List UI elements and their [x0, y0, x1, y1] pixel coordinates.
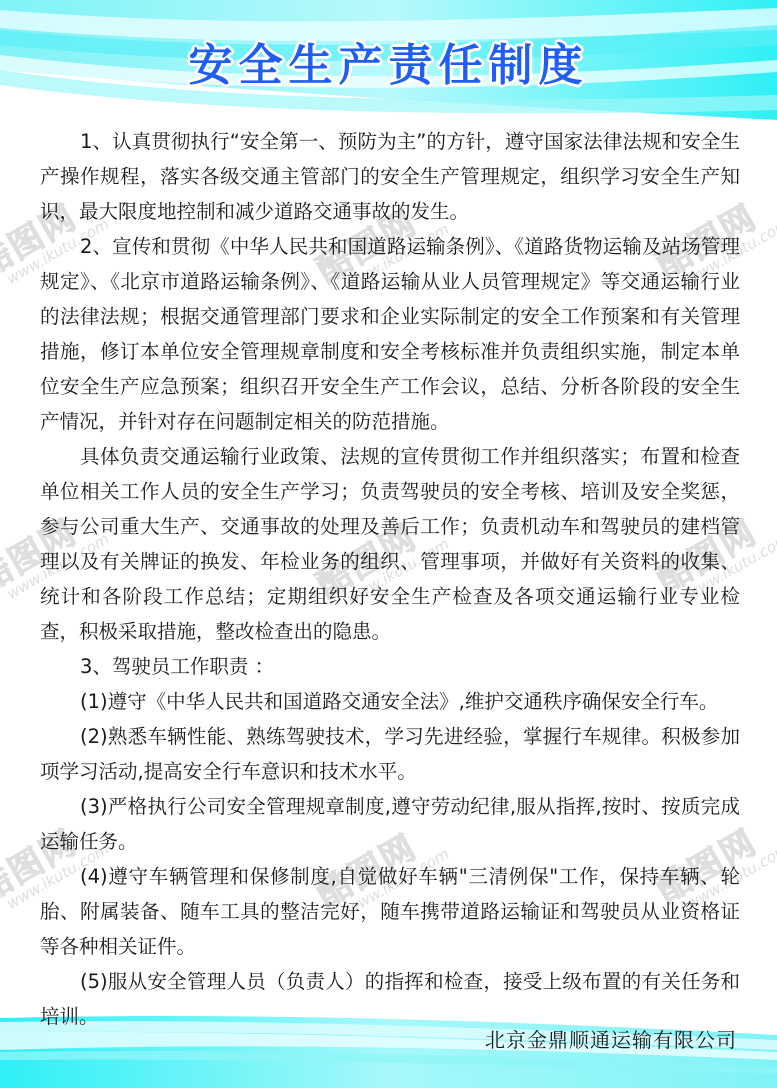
paragraph-2-details: 具体负责交通运输行业政策、法规的宣传贯彻工作并组织落实；布置和检查单位相关工作人… [40, 439, 740, 649]
paragraph-1: 1、认真贯彻执行“安全第一、预防为主”的方针，遵守国家法律法规和安全生产操作规程… [40, 124, 740, 229]
paragraph-3-heading: 3、驾驶员工作职责 ： [40, 649, 740, 684]
document-body: 1、认真贯彻执行“安全第一、预防为主”的方针，遵守国家法律法规和安全生产操作规程… [40, 124, 740, 1034]
duty-item-2: (2)熟悉车辆性能、熟练驾驶技术，学习先进经验，掌握行车规律。积极参加项学习活动… [40, 719, 740, 789]
duty-item-1: (1)遵守《中华人民共和国道路交通安全法》,维护交通秩序确保安全行车。 [40, 684, 740, 719]
document-title: 安全生产责任制度 [0, 36, 777, 96]
paragraph-2: 2、宣传和贯彻《中华人民共和国道路运输条例》、《道路货物运输及站场管理规定》、《… [40, 229, 740, 439]
company-signature: 北京金鼎顺通运输有限公司 [485, 1025, 737, 1055]
duty-item-4: (4)遵守车辆管理和保修制度,自觉做好车辆"三清例保"工作，保持车辆、轮胎、附属… [40, 859, 740, 964]
poster: 酷图网 www.ikutu.com 酷图网 www.ikutu.com 酷图网 … [0, 0, 777, 1088]
duty-item-5: (5)服从安全管理人员（负责人）的指挥和检查，接受上级布置的有关任务和培训。 [40, 964, 740, 1034]
duty-item-3: (3)严格执行公司安全管理规章制度,遵守劳动纪律,服从指挥,按时、按质完成运输任… [40, 789, 740, 859]
